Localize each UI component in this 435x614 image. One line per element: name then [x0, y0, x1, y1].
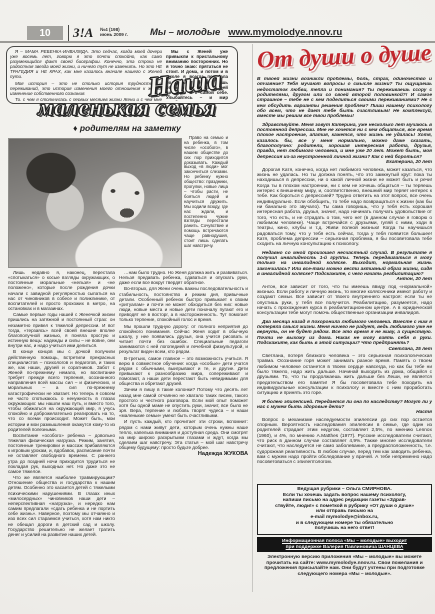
letter-signature: Екатерина, 20 лет: [257, 160, 432, 165]
column-intro: В твоей жизни возникли проблемы, боль, с…: [257, 77, 432, 120]
psychologist-reply: Антон, все зависит от того, что ты имееш…: [257, 285, 432, 317]
psychologist-reply: Светлана, потеря близкого человека – это…: [257, 354, 432, 397]
article-column-2: …нам было трудно. Но Женя должна жить и …: [119, 270, 248, 590]
page-number-badge: 10: [27, 26, 63, 40]
masthead-title: Мы – молодые: [150, 27, 220, 38]
lead-paragraph: Моя история – это не столько история тру…: [10, 81, 162, 96]
letter-signature: Светлана, 25 лет: [257, 347, 432, 352]
psychology-column: От души о душе! В твоей жизни возникли п…: [257, 42, 432, 606]
support-strip: Информационная полоса «Мы – молодые» вых…: [257, 537, 432, 553]
reader-letter: Недавно со мной произошел несчастный слу…: [257, 251, 432, 278]
photo-side-column: Право на семью и на ребенка, в том числе…: [184, 136, 228, 266]
reader-letter: Два месяца назад я похоронила любимого ч…: [257, 320, 432, 347]
body-paragraph: И пусть каждый, кто прочитает эти строки…: [119, 419, 248, 450]
body-paragraph: Самые первые годы нашей с Женечкой жизни…: [8, 312, 115, 348]
body-paragraph: …нам было трудно. Но Женя должна жить и …: [119, 270, 248, 285]
support-strip-line: Информационная полоса «Мы – молодые» вых…: [259, 539, 430, 545]
column-divider: [252, 44, 253, 592]
newspaper-logo: З!А: [73, 25, 93, 41]
side-paragraph: Право на семью и на ребенка, в том числе…: [184, 136, 228, 249]
author-signature: Надежда ЖУКОВА: [119, 452, 248, 457]
lead-paragraph: Я – МАМА РЕБЕНКА-ИНВАЛИДА. Это сейчас, к…: [10, 49, 162, 80]
body-paragraph: Во-вторых, для Жени очень важны последов…: [119, 286, 248, 322]
letter-signature: Антон, 20 лет: [257, 277, 432, 282]
article-subtitle: ♦ родителям на заметку: [8, 123, 246, 133]
letters-section: В твоей жизни возникли проблемы, боль, с…: [257, 77, 432, 481]
body-paragraph: В-третьих, самое главное – это возможнос…: [119, 356, 248, 387]
reader-letter: Здравствуйте. Меня зовут Катерина, уже н…: [257, 123, 432, 160]
reader-letter: Я болею эпилепсией. Передается ли она по…: [257, 400, 432, 411]
body-paragraph: Лишь недавно я, наконец, перестала «спот…: [8, 270, 115, 311]
body-paragraph: В конце концов мы с дочкой получили дейс…: [8, 349, 115, 432]
column-title: От души о душе!: [257, 42, 432, 75]
letter-signature: Настя: [257, 410, 432, 415]
contact-line: напиши письмо на адрес редакции газеты «…: [261, 498, 428, 504]
article-title: маленькая семья: [2, 95, 252, 121]
header-divider: [68, 25, 69, 41]
issue-info: №4 (198) июнь 2009 г.: [100, 27, 128, 38]
column-footer: Электронную версию приложения «Мы – моло…: [257, 555, 432, 577]
masthead: Мы – молодые www.mymolodye.nnov.ru: [150, 27, 342, 38]
body-paragraph: Зачем я пишу в такие колонки? Потому что…: [119, 387, 248, 418]
newspaper-page: 10 З!А №4 (198) июнь 2009 г. Мы – молоды…: [0, 0, 435, 614]
contact-line: получишь на него ответ!: [261, 526, 428, 532]
children-photo: [8, 138, 182, 268]
issue-date: июнь 2009 г.: [100, 32, 128, 37]
body-paragraph: Что же является наиболее травмирующим? О…: [8, 475, 115, 537]
psychologist-reply: Вопрос о механизме наследуемости эпилепс…: [257, 418, 432, 466]
article-lead: Я – МАМА РЕБЕНКА-ИНВАЛИДА. Это сейчас, к…: [10, 49, 162, 101]
site-link[interactable]: www.mymolodye.nnov.ru: [228, 27, 342, 38]
support-strip-line: при поддержке Валерия Павлиновича ШАНЦЕВ…: [259, 545, 430, 551]
psychologist-reply: Дорогая Катя, конечно, когда нет любимог…: [257, 168, 432, 248]
body-paragraph: Воспитание «особого» ребенка – довольно …: [8, 433, 115, 474]
body-paragraph: Мы прошли трудную дорогу: от полного неп…: [119, 324, 248, 355]
contact-box: Ведущая рубрики – Ольга СМИРНОВА. Если т…: [257, 484, 432, 535]
article-column-1: Лишь недавно я, наконец, перестала «спот…: [8, 270, 115, 590]
